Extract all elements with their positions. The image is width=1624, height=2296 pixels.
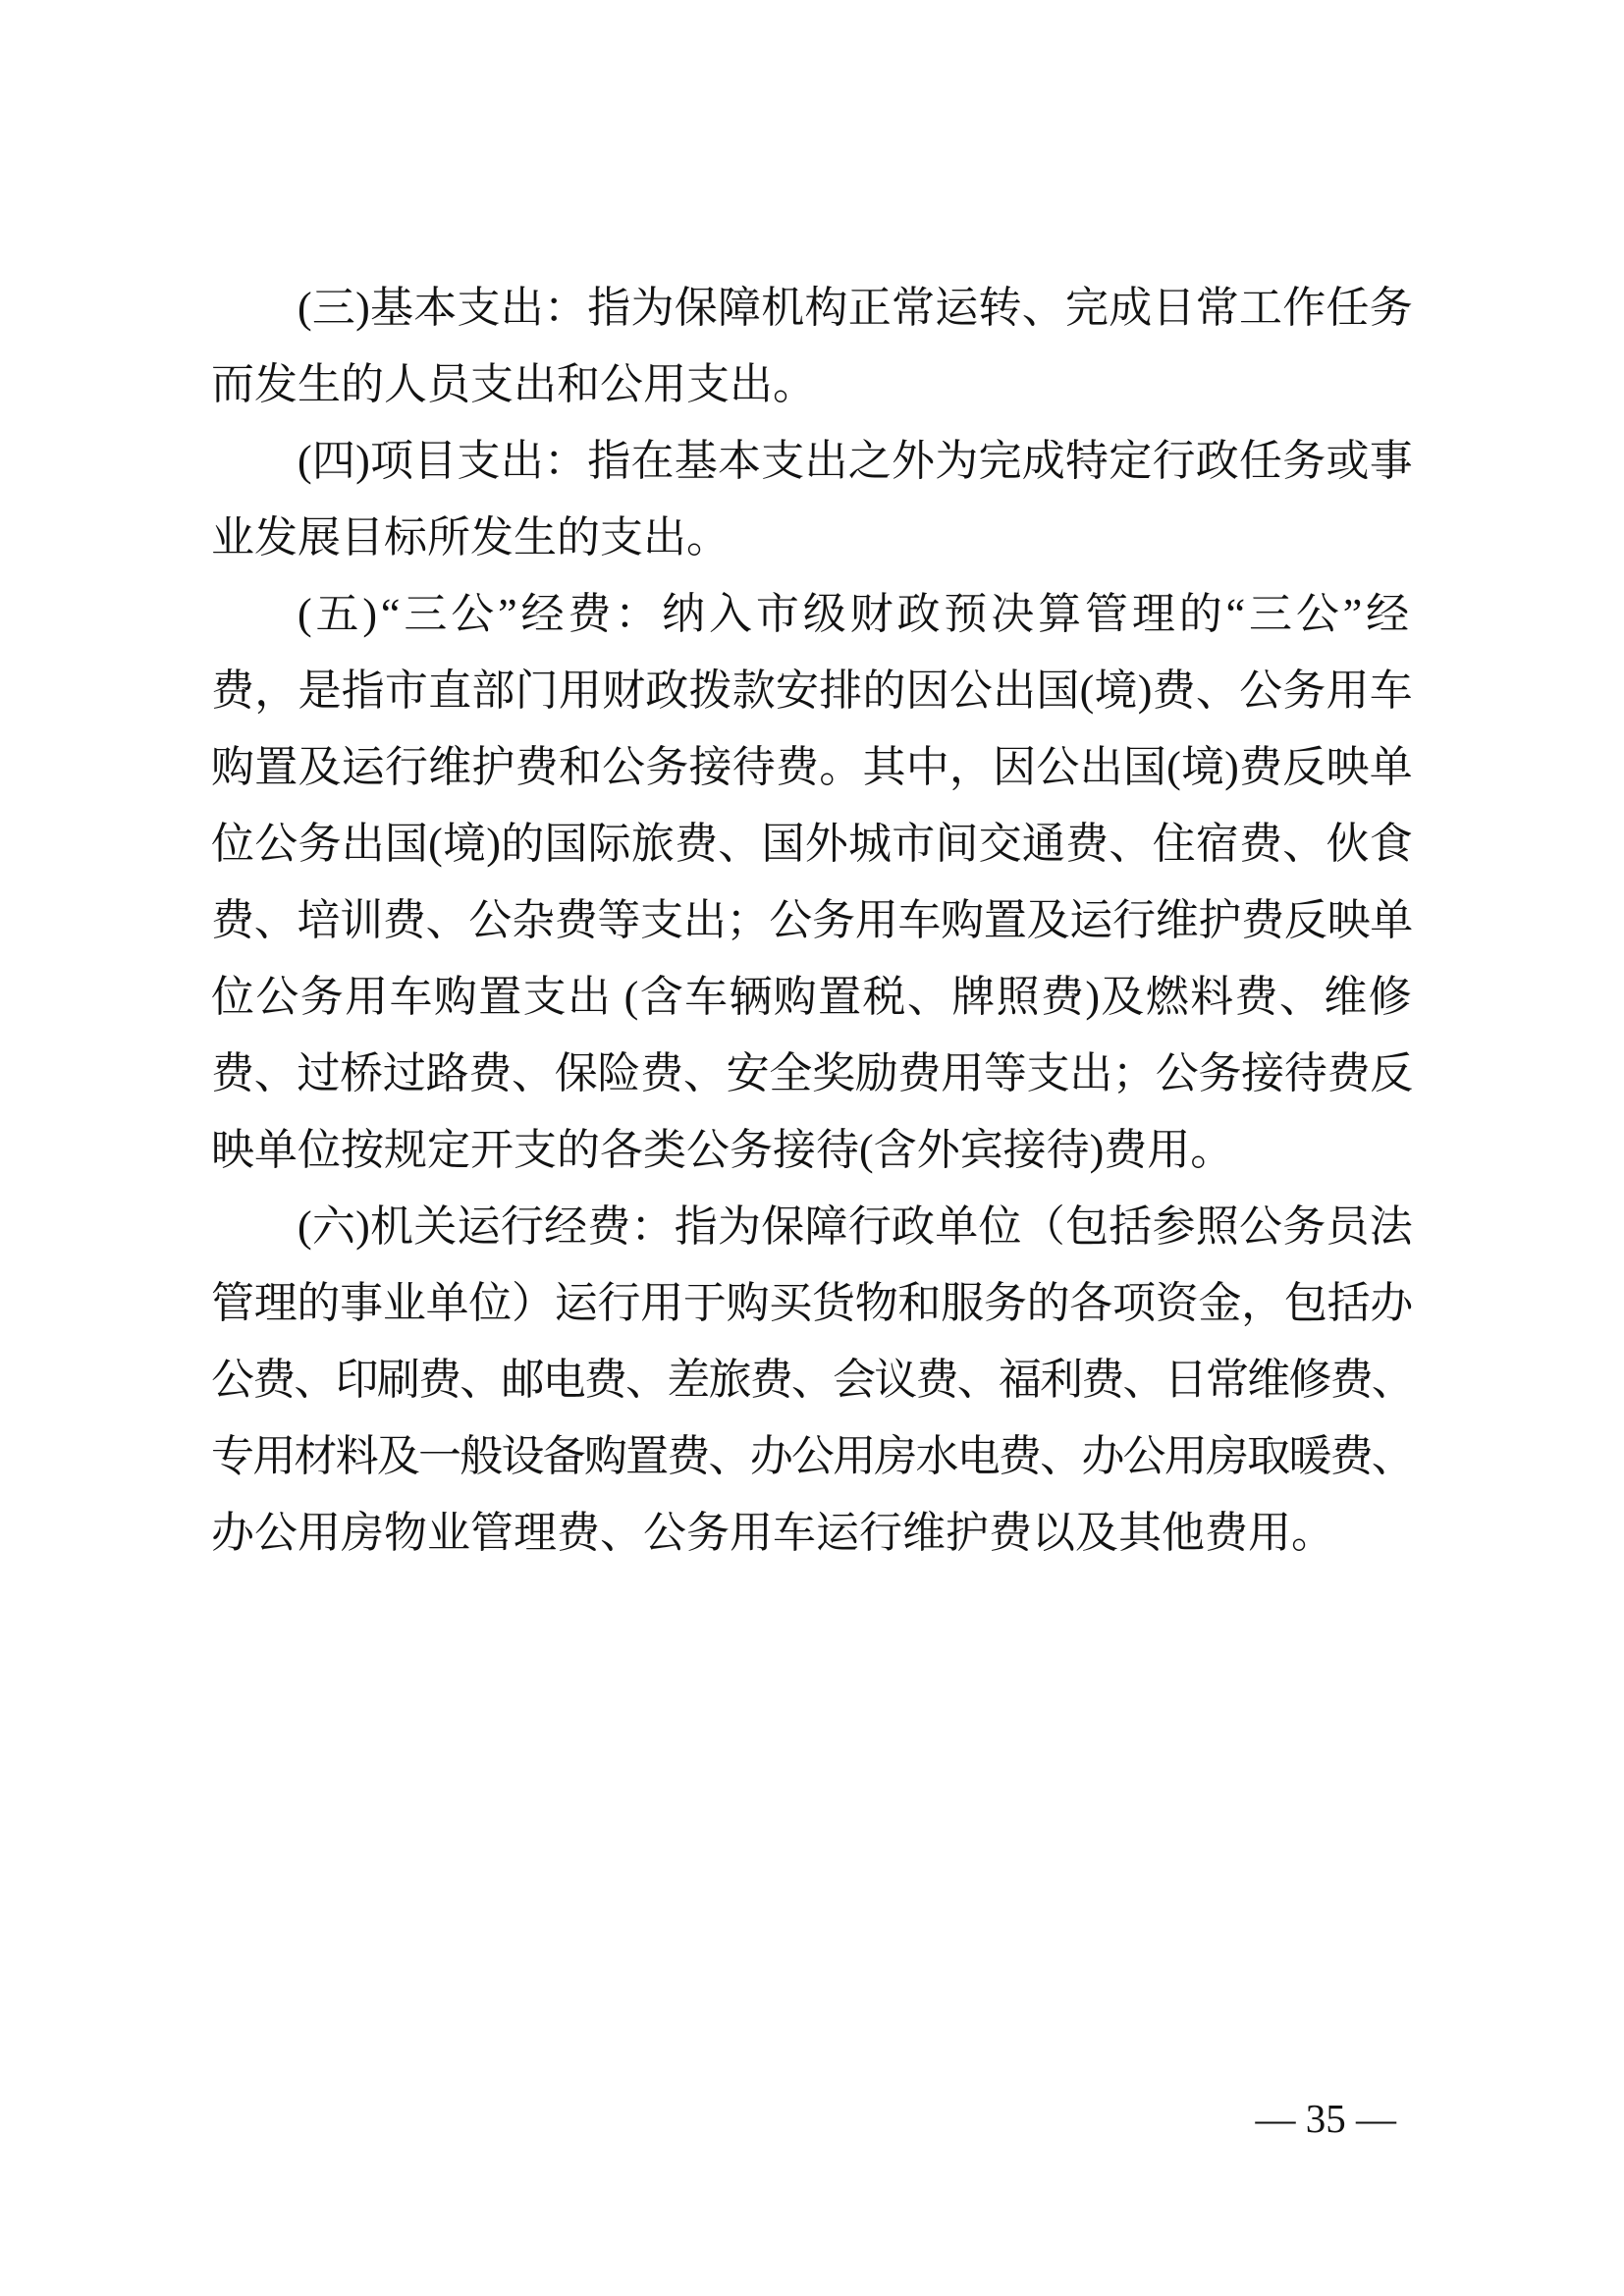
text-line-content: 购置及运行维护费和公务接待费。其中，因公出国(境)费反映单	[211, 743, 1413, 791]
text-line: 专用材料及一般设备购置费、办公用房水电费、办公用房取暖费、	[211, 1418, 1413, 1495]
document-page: (三)基本支出：指为保障机构正常运转、完成日常工作任务而发生的人员支出和公用支出…	[0, 0, 1624, 2296]
text-line-content: 位公务用车购置支出 (含车辆购置税、牌照费)及燃料费、维修	[211, 973, 1413, 1021]
text-line: 管理的事业单位）运行用于购买货物和服务的各项资金，包括办	[211, 1265, 1413, 1342]
text-line: 费、培训费、公杂费等支出；公务用车购置及运行维护费反映单	[211, 882, 1413, 959]
text-line-content: (三)基本支出：指为保障机构正常运转、完成日常工作任务	[298, 284, 1413, 332]
text-line: 位公务出国(境)的国际旅费、国外城市间交通费、住宿费、伙食	[211, 806, 1413, 882]
text-line: 费、过桥过路费、保险费、安全奖励费用等支出；公务接待费反	[211, 1036, 1413, 1112]
text-line-content: 专用材料及一般设备购置费、办公用房水电费、办公用房取暖费、	[211, 1432, 1413, 1480]
page-number: — 35 —	[1256, 2096, 1397, 2141]
text-line-content: (六)机关运行经费：指为保障行政单位（包括参照公务员法	[298, 1202, 1413, 1251]
text-line-content: (四)项目支出：指在基本支出之外为完成特定行政任务或事	[298, 437, 1413, 485]
text-line: 而发生的人员支出和公用支出。	[211, 347, 1413, 423]
text-line: (六)机关运行经费：指为保障行政单位（包括参照公务员法	[211, 1189, 1413, 1265]
text-line: 业发展目标所发生的支出。	[211, 500, 1413, 576]
page-footer: — 35 —	[1216, 2048, 1397, 2189]
text-line-content: 费、过桥过路费、保险费、安全奖励费用等支出；公务接待费反	[211, 1049, 1413, 1097]
text-line: (三)基本支出：指为保障机构正常运转、完成日常工作任务	[211, 270, 1413, 347]
text-line: (四)项目支出：指在基本支出之外为完成特定行政任务或事	[211, 423, 1413, 500]
text-line: 公费、印刷费、邮电费、差旅费、会议费、福利费、日常维修费、	[211, 1342, 1413, 1418]
text-line: 映单位按规定开支的各类公务接待(含外宾接待)费用。	[211, 1112, 1413, 1189]
text-line-content: 公费、印刷费、邮电费、差旅费、会议费、福利费、日常维修费、	[211, 1356, 1413, 1404]
text-line-content: 映单位按规定开支的各类公务接待(含外宾接待)费用。	[211, 1126, 1233, 1174]
text-line-content: 管理的事业单位）运行用于购买货物和服务的各项资金，包括办	[211, 1279, 1413, 1327]
text-line-content: 业发展目标所发生的支出。	[211, 513, 730, 561]
text-line: 费，是指市直部门用财政拨款安排的因公出国(境)费、公务用车	[211, 653, 1413, 729]
text-line-content: 费，是指市直部门用财政拨款安排的因公出国(境)费、公务用车	[211, 667, 1413, 715]
text-line: 购置及运行维护费和公务接待费。其中，因公出国(境)费反映单	[211, 729, 1413, 806]
text-line-content: 位公务出国(境)的国际旅费、国外城市间交通费、住宿费、伙食	[211, 820, 1413, 868]
body-text: (三)基本支出：指为保障机构正常运转、完成日常工作任务而发生的人员支出和公用支出…	[211, 270, 1413, 1572]
text-line-content: 费、培训费、公杂费等支出；公务用车购置及运行维护费反映单	[211, 896, 1413, 944]
text-line-content: 办公用房物业管理费、公务用车运行维护费以及其他费用。	[211, 1509, 1334, 1557]
text-line: (五)“三公”经费：纳入市级财政预决算管理的“三公”经	[211, 576, 1413, 653]
text-line: 办公用房物业管理费、公务用车运行维护费以及其他费用。	[211, 1495, 1413, 1572]
text-line-content: (五)“三公”经费：纳入市级财政预决算管理的“三公”经	[298, 590, 1413, 638]
text-line-content: 而发生的人员支出和公用支出。	[211, 360, 816, 408]
text-line: 位公务用车购置支出 (含车辆购置税、牌照费)及燃料费、维修	[211, 959, 1413, 1036]
